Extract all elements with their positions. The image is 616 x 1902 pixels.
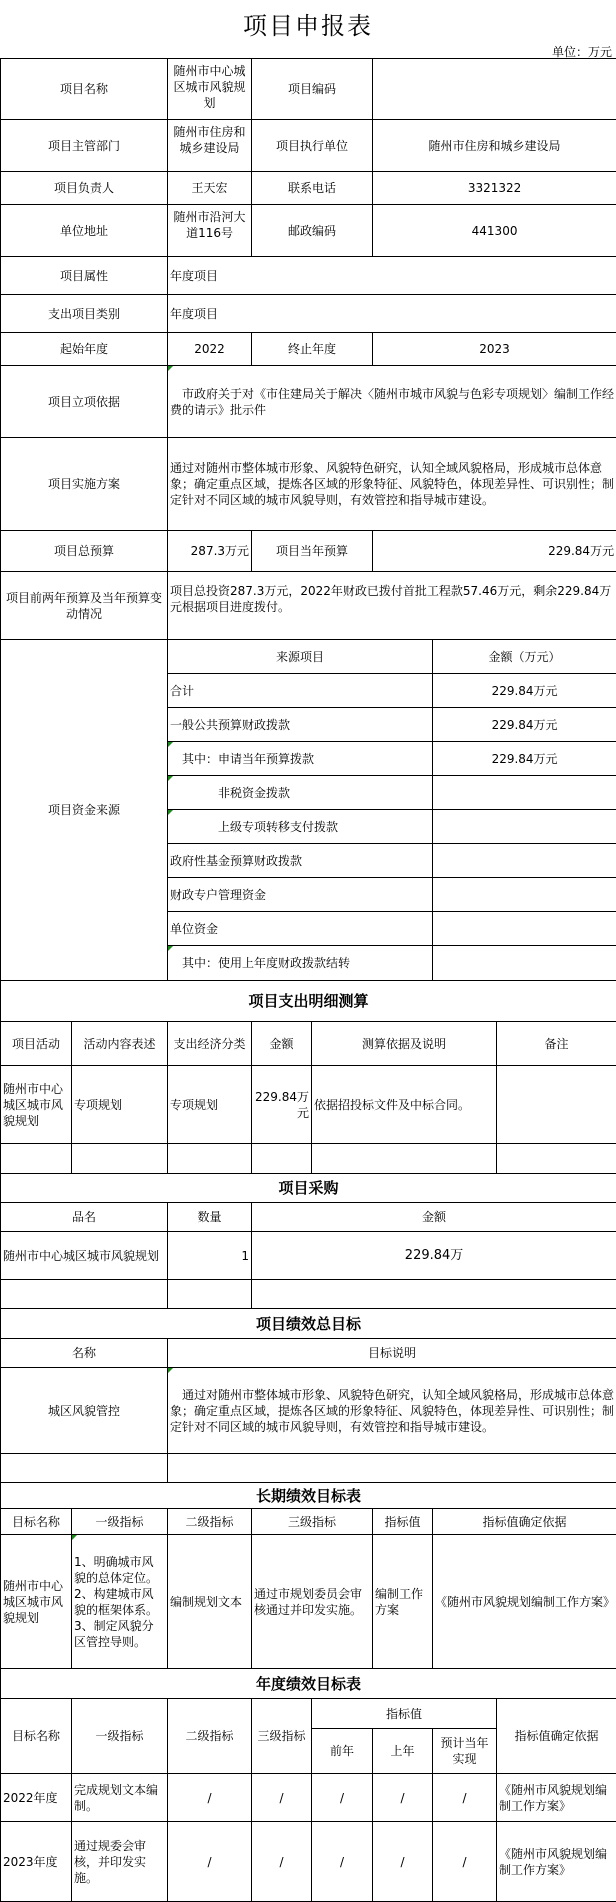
overall-goal-section-title: 项目绩效总目标 (1, 1309, 616, 1339)
long-term-level1[interactable]: 1、明确城市风貌的总体定位。2、构建城市风貌的框架体系。3、制定风貌分区管控导则… (72, 1535, 168, 1669)
expense-empty-row (1, 1144, 616, 1174)
funding-amount[interactable] (433, 912, 616, 946)
funding-source: 合计 (168, 674, 433, 708)
funding-amount[interactable]: 229.84万元 (433, 674, 616, 708)
expense-row: 随州市中心城区城市风貌规划 专项规划 专项规划 229.84万元 依据招投标文件… (1, 1066, 616, 1144)
procurement-header: 数量 (168, 1203, 252, 1232)
funding-source: 其中：使用上年度财政拨款结转 (168, 946, 433, 981)
funding-header-amount: 金额（万元） (433, 640, 616, 674)
funding-header-row: 项目资金来源 来源项目 金额（万元） (1, 640, 616, 674)
expense-content[interactable]: 专项规划 (72, 1066, 168, 1144)
year-budget-label: 项目当年预算 (252, 531, 373, 572)
row-budget: 项目总预算 287.3万元 项目当年预算 229.84万元 (1, 531, 616, 572)
expense-header: 活动内容表述 (72, 1022, 168, 1066)
expense-header: 金额 (252, 1022, 312, 1066)
category-label: 支出项目类别 (1, 295, 168, 333)
total-budget-label: 项目总预算 (1, 531, 168, 572)
long-term-section-title: 长期绩效目标表 (1, 1483, 616, 1509)
project-code-label: 项目编码 (252, 59, 373, 120)
end-year-value[interactable]: 2023 (373, 333, 616, 366)
annual-basis[interactable]: 《随州市风貌规划编制工作方案》 (497, 1774, 616, 1822)
funding-source: 一般公共预算财政拨款 (168, 708, 433, 742)
annual-header-expected: 预计当年实现 (433, 1729, 497, 1774)
basis-value[interactable]: 市政府关于对《市住建局关于解决〈随州市城市风貌与色彩专项规划〉编制工作经费的请示… (168, 366, 616, 438)
annual-header-row-1: 目标名称 一级指标 二级指标 三级指标 指标值 指标值确定依据 (1, 1699, 616, 1729)
annual-basis[interactable]: 《随州市风貌规划编制工作方案》 (497, 1822, 616, 1902)
leader-label: 项目负责人 (1, 172, 168, 205)
annual-row: 2023年度 通过规委会审核，并印发实施。 / / / / / 《随州市风貌规划… (1, 1822, 616, 1902)
exec-unit-label: 项目执行单位 (252, 120, 373, 172)
phone-value[interactable]: 3321322 (373, 172, 616, 205)
funding-amount[interactable] (433, 776, 616, 810)
row-address: 单位地址 随州市沿河大道116号 邮政编码 441300 (1, 205, 616, 257)
empty-cell[interactable] (168, 1454, 616, 1483)
long-term-header: 三级指标 (252, 1509, 373, 1535)
procurement-row: 随州市中心城区城市风貌规划 1 229.84万 (1, 1232, 616, 1280)
row-attribute: 项目属性 年度项目 (1, 257, 616, 295)
exec-unit-value[interactable]: 随州市住房和城乡建设局 (373, 120, 616, 172)
empty-cell[interactable] (312, 1144, 497, 1174)
postcode-label: 邮政编码 (252, 205, 373, 257)
annual-header-prev2: 前年 (312, 1729, 373, 1774)
budget-change-value[interactable]: 项目总投资287.3万元，2022年财政已拨付首批工程款57.46万元，剩余22… (168, 572, 616, 640)
row-plan: 项目实施方案 通过对随州市整体城市形象、风貌特色研究，认知全域风貌格局，形成城市… (1, 438, 616, 531)
project-application-sheet: 项目名称 随州市中心城区城市风貌规划 项目编码 项目主管部门 随州市住房和城乡建… (0, 58, 616, 1902)
long-term-basis[interactable]: 《随州市风貌规划编制工作方案》 (433, 1535, 616, 1669)
category-value[interactable]: 年度项目 (168, 295, 616, 333)
annual-level1[interactable]: 通过规委会审核，并印发实施。 (72, 1822, 168, 1902)
project-code-value[interactable] (373, 59, 616, 120)
project-name-value[interactable]: 随州市中心城区城市风貌规划 (168, 59, 252, 120)
long-term-header: 指标值确定依据 (433, 1509, 616, 1535)
funding-label: 项目资金来源 (1, 640, 168, 981)
application-table: 项目名称 随州市中心城区城市风貌规划 项目编码 项目主管部门 随州市住房和城乡建… (0, 58, 616, 1902)
expense-header: 备注 (497, 1022, 616, 1066)
plan-label: 项目实施方案 (1, 438, 168, 531)
procurement-header: 品名 (1, 1203, 168, 1232)
funding-source: 政府性基金预算财政拨款 (168, 844, 433, 878)
overall-goal-empty-row (1, 1454, 616, 1483)
row-basis: 项目立项依据 市政府关于对《市住建局关于解决〈随州市城市风貌与色彩专项规划〉编制… (1, 366, 616, 438)
empty-cell[interactable] (72, 1144, 168, 1174)
postcode-value[interactable]: 441300 (373, 205, 616, 257)
empty-cell[interactable] (1, 1454, 168, 1483)
annual-expected[interactable]: / (433, 1822, 497, 1902)
year-budget-value[interactable]: 229.84万元 (373, 531, 616, 572)
long-term-header: 一级指标 (72, 1509, 168, 1535)
annual-row: 2022年度 完成规划文本编制。 / / / / / 《随州市风貌规划编制工作方… (1, 1774, 616, 1822)
address-value[interactable]: 随州市沿河大道116号 (168, 205, 252, 257)
annual-name[interactable]: 2023年度 (1, 1822, 72, 1902)
expense-title-row: 项目支出明细测算 (1, 981, 616, 1022)
expense-header: 支出经济分类 (168, 1022, 252, 1066)
procurement-title-row: 项目采购 (1, 1174, 616, 1203)
empty-cell[interactable] (168, 1144, 252, 1174)
long-term-header: 目标名称 (1, 1509, 72, 1535)
overall-goal-name[interactable]: 城区风貌管控 (1, 1368, 168, 1454)
annual-prev2[interactable]: / (312, 1774, 373, 1822)
annual-level1[interactable]: 完成规划文本编制。 (72, 1774, 168, 1822)
overall-goal-header: 名称 (1, 1339, 168, 1368)
annual-name[interactable]: 2022年度 (1, 1774, 72, 1822)
overall-goal-title-row: 项目绩效总目标 (1, 1309, 616, 1339)
long-term-header: 指标值 (373, 1509, 433, 1535)
long-term-level2[interactable]: 编制规划文本 (168, 1535, 252, 1669)
budget-change-label: 项目前两年预算及当年预算变动情况 (1, 572, 168, 640)
attribute-value[interactable]: 年度项目 (168, 257, 616, 295)
row-project-name: 项目名称 随州市中心城区城市风貌规划 项目编码 (1, 59, 616, 120)
procurement-section-title: 项目采购 (1, 1174, 616, 1203)
procurement-qty[interactable]: 1 (168, 1232, 252, 1280)
funding-source: 其中：申请当年预算拨款 (168, 742, 433, 776)
empty-cell[interactable] (1, 1144, 72, 1174)
funding-amount[interactable] (433, 946, 616, 981)
total-budget-value[interactable]: 287.3万元 (168, 531, 252, 572)
annual-header-prev1: 上年 (373, 1729, 433, 1774)
procurement-header-row: 品名 数量 金额 (1, 1203, 616, 1232)
long-term-title-row: 长期绩效目标表 (1, 1483, 616, 1509)
plan-value[interactable]: 通过对随州市整体城市形象、风貌特色研究，认知全域风貌格局，形成城市总体意象；确定… (168, 438, 616, 531)
long-term-value[interactable]: 编制工作方案 (373, 1535, 433, 1669)
row-dept: 项目主管部门 随州市住房和城乡建设局 项目执行单位 随州市住房和城乡建设局 (1, 120, 616, 172)
annual-prev1[interactable]: / (373, 1774, 433, 1822)
procurement-name[interactable]: 随州市中心城区城市风貌规划 (1, 1232, 168, 1280)
funding-amount[interactable]: 229.84万元 (433, 742, 616, 776)
funding-amount[interactable] (433, 878, 616, 912)
expense-note[interactable] (497, 1066, 616, 1144)
end-year-label: 终止年度 (252, 333, 373, 366)
expense-header: 项目活动 (1, 1022, 72, 1066)
funding-source: 上级专项转移支付拨款 (168, 810, 433, 844)
expense-activity[interactable]: 随州市中心城区城市风貌规划 (1, 1066, 72, 1144)
procurement-amount[interactable]: 229.84万 (252, 1232, 616, 1280)
basis-label: 项目立项依据 (1, 366, 168, 438)
procurement-header: 金额 (252, 1203, 616, 1232)
empty-cell[interactable] (168, 1280, 252, 1309)
annual-header-name: 目标名称 (1, 1699, 72, 1774)
funding-amount[interactable]: 229.84万元 (433, 708, 616, 742)
address-label: 单位地址 (1, 205, 168, 257)
empty-cell[interactable] (1, 1280, 168, 1309)
annual-header-level2: 二级指标 (168, 1699, 252, 1774)
row-leader: 项目负责人 王天宏 联系电话 3321322 (1, 172, 616, 205)
annual-level2[interactable]: / (168, 1774, 252, 1822)
expense-section-title: 项目支出明细测算 (1, 981, 616, 1022)
row-category: 支出项目类别 年度项目 (1, 295, 616, 333)
funding-amount[interactable] (433, 844, 616, 878)
procurement-empty-row (1, 1280, 616, 1309)
funding-header-source: 来源项目 (168, 640, 433, 674)
page-title: 项目申报表 (0, 6, 616, 41)
annual-level3[interactable]: / (252, 1822, 312, 1902)
annual-section-title: 年度绩效目标表 (1, 1669, 616, 1699)
annual-level2[interactable]: / (168, 1822, 252, 1902)
expense-basis[interactable]: 依据招投标文件及中标合同。 (312, 1066, 497, 1144)
leader-value[interactable]: 王天宏 (168, 172, 252, 205)
long-term-level3[interactable]: 通过市规划委员会审核通过并印发实施。 (252, 1535, 373, 1669)
annual-header-basis: 指标值确定依据 (497, 1699, 616, 1774)
expense-econ-class[interactable]: 专项规划 (168, 1066, 252, 1144)
phone-label: 联系电话 (252, 172, 373, 205)
funding-source: 财政专户管理资金 (168, 878, 433, 912)
expense-header-row: 项目活动 活动内容表述 支出经济分类 金额 测算依据及说明 备注 (1, 1022, 616, 1066)
expense-amount[interactable]: 229.84万元 (252, 1066, 312, 1144)
empty-cell[interactable] (252, 1144, 312, 1174)
long-term-name[interactable]: 随州市中心城区城市风貌规划 (1, 1535, 72, 1669)
long-term-header-row: 目标名称 一级指标 二级指标 三级指标 指标值 指标值确定依据 (1, 1509, 616, 1535)
annual-header-value-group: 指标值 (312, 1699, 497, 1729)
funding-source: 非税资金拨款 (168, 776, 433, 810)
annual-prev2[interactable]: / (312, 1822, 373, 1902)
annual-expected[interactable]: / (433, 1774, 497, 1822)
project-name-label: 项目名称 (1, 59, 168, 120)
annual-header-level1: 一级指标 (72, 1699, 168, 1774)
start-year-value[interactable]: 2022 (168, 333, 252, 366)
overall-goal-header-row: 名称 目标说明 (1, 1339, 616, 1368)
dept-value[interactable]: 随州市住房和城乡建设局 (168, 120, 252, 172)
empty-cell[interactable] (252, 1280, 616, 1309)
annual-title-row: 年度绩效目标表 (1, 1669, 616, 1699)
funding-source: 单位资金 (168, 912, 433, 946)
row-years: 起始年度 2022 终止年度 2023 (1, 333, 616, 366)
attribute-label: 项目属性 (1, 257, 168, 295)
annual-level3[interactable]: / (252, 1774, 312, 1822)
overall-goal-desc[interactable]: 通过对随州市整体城市形象、风貌特色研究，认知全域风貌格局，形成城市总体意象；确定… (168, 1368, 616, 1454)
annual-prev1[interactable]: / (373, 1822, 433, 1902)
long-term-row: 随州市中心城区城市风貌规划 1、明确城市风貌的总体定位。2、构建城市风貌的框架体… (1, 1535, 616, 1669)
dept-label: 项目主管部门 (1, 120, 168, 172)
row-budget-change: 项目前两年预算及当年预算变动情况 项目总投资287.3万元，2022年财政已拨付… (1, 572, 616, 640)
long-term-header: 二级指标 (168, 1509, 252, 1535)
annual-header-level3: 三级指标 (252, 1699, 312, 1774)
expense-header: 测算依据及说明 (312, 1022, 497, 1066)
start-year-label: 起始年度 (1, 333, 168, 366)
overall-goal-header: 目标说明 (168, 1339, 616, 1368)
funding-amount[interactable] (433, 810, 616, 844)
overall-goal-row: 城区风貌管控 通过对随州市整体城市形象、风貌特色研究，认知全域风貌格局，形成城市… (1, 1368, 616, 1454)
empty-cell[interactable] (497, 1144, 616, 1174)
